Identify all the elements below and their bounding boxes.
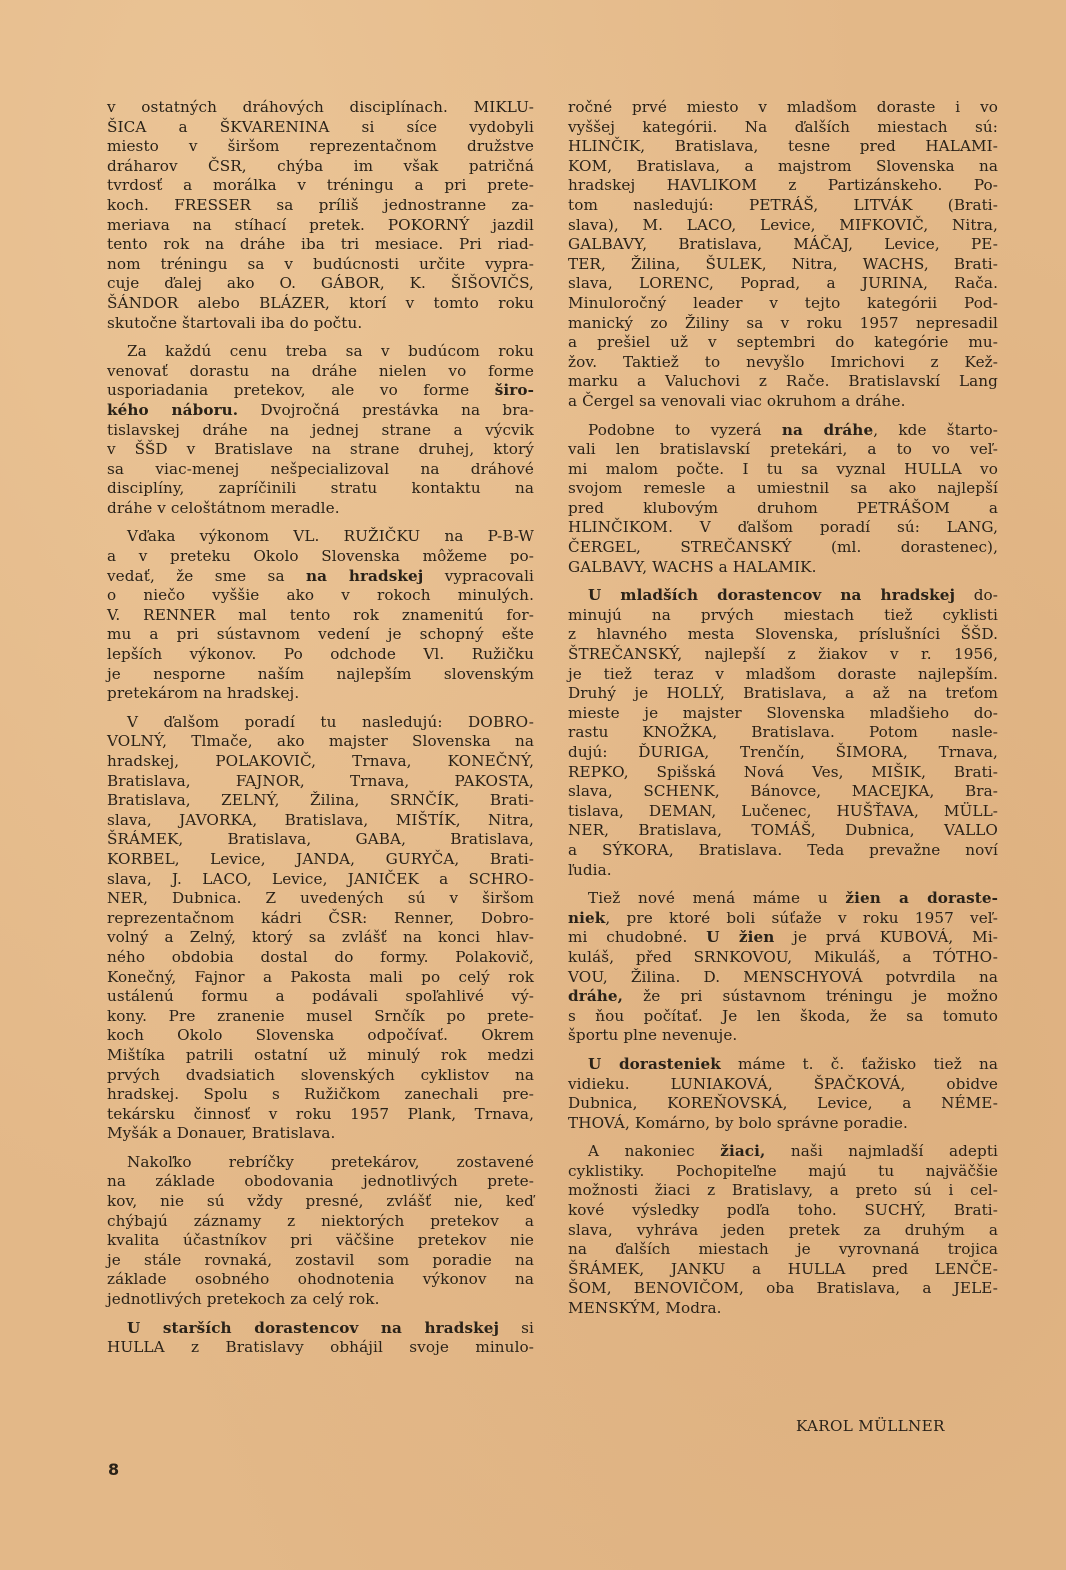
text-line: usporiadania pretekov, ale vo forme širo… <box>107 381 534 401</box>
text-line: Za každú cenu treba sa v budúcom roku <box>107 342 534 362</box>
text-line: v ostatných dráhových disciplínach. MIKL… <box>107 98 534 118</box>
bold-text: U dorasteniek <box>588 1055 721 1073</box>
text-segment: kuláš, před SRNKOVOU, Mikuláš, a TÓTHO- <box>568 948 998 966</box>
text-line: marku a Valuchovi z Rače. Bratislavskí L… <box>568 372 998 392</box>
text-line: ustálenú formu a podávali spoľahlivé vý- <box>107 987 534 1007</box>
text-line: Dubnica, KOREŇOVSKÁ, Levice, a NÉME- <box>568 1094 998 1114</box>
right-column: ročné prvé miesto v mladšom doraste i vo… <box>568 98 998 1319</box>
text-segment: KOM, Bratislava, a majstrom Slovenska na <box>568 157 998 175</box>
text-segment: vali len bratislavskí pretekári, a to vo… <box>568 440 998 458</box>
paragraph-gap <box>107 704 534 713</box>
text-line: je stále rovnaká, zostavil som poradie n… <box>107 1251 534 1271</box>
text-line: mi malom počte. I tu sa vyznal HULLA vo <box>568 460 998 480</box>
text-segment: hradskej HAVLIKOM z Partizánskeho. Po- <box>568 176 998 194</box>
text-segment: s ňou počítať. Je len škoda, že sa tomut… <box>568 1007 998 1025</box>
text-line: rastu KNOŽKA, Bratislava. Potom nasle- <box>568 723 998 743</box>
text-segment: cuje ďalej ako O. GÁBOR, K. ŠIŠOVIČS, <box>107 274 534 292</box>
text-line: MENSKÝM, Modra. <box>568 1299 998 1319</box>
text-segment: vyššej kategórii. Na ďalších miestach sú… <box>568 118 998 136</box>
paragraph: Nakoľko rebríčky pretekárov, zostavenéna… <box>107 1153 534 1310</box>
text-line: miesto v širšom reprezentačnom družstve <box>107 137 534 157</box>
text-line: na ďalších miestach je vyrovnaná trojica <box>568 1240 998 1260</box>
paragraph-gap <box>568 577 998 586</box>
text-line: sa viac-menej nešpecializoval na dráhové <box>107 460 534 480</box>
text-line: a v preteku Okolo Slovenska môžeme po- <box>107 547 534 567</box>
text-segment: miesto v širšom reprezentačnom družstve <box>107 137 534 155</box>
paragraph: v ostatných dráhových disciplínach. MIKL… <box>107 98 534 333</box>
text-line: TER, Žilina, ŠULEK, Nitra, WACHS, Brati- <box>568 255 998 275</box>
text-line: kové výsledky podľa toho. SUCHÝ, Brati- <box>568 1201 998 1221</box>
text-segment: si <box>499 1319 534 1337</box>
text-line: chýbajú záznamy z niektorých pretekov a <box>107 1212 534 1232</box>
text-line: GALBAVY, Bratislava, MÁČAJ, Levice, PE- <box>568 235 998 255</box>
text-line: ŠÁNDOR alebo BLÁZER, ktorí v tomto roku <box>107 294 534 314</box>
author-signature: KAROL MÜLLNER <box>796 1417 945 1435</box>
text-segment: koch Okolo Slovenska odpočívať. Okrem <box>107 1026 534 1044</box>
paragraph: U dorasteniek máme t. č. ťažisko tiež na… <box>568 1055 998 1133</box>
text-line: ŠICA a ŠKVARENINA si síce vydobyli <box>107 118 534 138</box>
text-line: Minuloročný leader v tejto kategórii Pod… <box>568 294 998 314</box>
text-line: a prešiel už v septembri do kategórie mu… <box>568 333 998 353</box>
text-line: Vďaka výkonom VL. RUŽIČKU na P-B-W <box>107 527 534 547</box>
text-segment: GALBAVY, Bratislava, MÁČAJ, Levice, PE- <box>568 235 998 253</box>
text-line: je nesporne naším najlepším slovenským <box>107 665 534 685</box>
text-segment: o niečo vyššie ako v rokoch minulých. <box>107 586 534 604</box>
text-line: GALBAVY, WACHS a HALAMIK. <box>568 558 998 578</box>
text-segment: mu a pri sústavnom vedení je schopný ešt… <box>107 625 534 643</box>
text-line: tekársku činnosť v roku 1957 Plank, Trna… <box>107 1105 534 1125</box>
paragraph-gap <box>107 1310 534 1319</box>
text-segment: vedať, že sme sa <box>107 567 306 585</box>
paragraph-gap <box>107 518 534 527</box>
bold-text: niek <box>568 909 605 927</box>
text-line: HLINČIKOM. V ďalšom poradí sú: LANG, <box>568 518 998 538</box>
text-segment: ného obdobia dostal do formy. Polakovič, <box>107 948 534 966</box>
text-line: slava, JAVORKA, Bratislava, MIŠTÍK, Nitr… <box>107 811 534 831</box>
text-line: pred klubovým druhom PETRÁŠOM a <box>568 499 998 519</box>
paragraph: Tiež nové mená máme u žien a doraste-nie… <box>568 889 998 1046</box>
text-line: V ďalšom poradí tu nasledujú: DOBRO- <box>107 713 534 733</box>
text-segment: manický zo Žiliny sa v roku 1957 nepresa… <box>568 314 998 332</box>
text-line: vidieku. LUNIAKOVÁ, ŠPAČKOVÁ, obidve <box>568 1075 998 1095</box>
text-line: meriava na stíhací pretek. POKORNÝ jazdi… <box>107 216 534 236</box>
text-segment: disciplíny, zapríčinili stratu kontaktu … <box>107 479 534 497</box>
text-line: manický zo Žiliny sa v roku 1957 nepresa… <box>568 314 998 334</box>
text-segment: tislavskej dráhe na jednej strane a výcv… <box>107 421 534 439</box>
text-line: hradskej, POLAKOVIČ, Trnava, KONEČNÝ, <box>107 752 534 772</box>
bold-text: dráhe, <box>568 987 623 1005</box>
text-line: slava, vyhráva jeden pretek za druhým a <box>568 1221 998 1241</box>
text-segment: Za každú cenu treba sa v budúcom roku <box>127 342 534 360</box>
text-segment: ľudia. <box>568 861 612 879</box>
text-line: vali len bratislavskí pretekári, a to vo… <box>568 440 998 460</box>
text-line: dráhe v celoštátnom meradle. <box>107 499 534 519</box>
text-segment: Vďaka výkonom VL. RUŽIČKU na P-B-W <box>127 527 534 545</box>
text-segment: svojom remesle a umiestnil sa ako najlep… <box>568 479 998 497</box>
text-segment: do- <box>955 586 998 604</box>
text-line: ŠOM, BENOVIČOM, oba Bratislava, a JELE- <box>568 1279 998 1299</box>
text-segment: meriava na stíhací pretek. POKORNÝ jazdi… <box>107 216 534 234</box>
text-segment: , pre ktoré boli súťaže v roku 1957 veľ- <box>605 909 998 927</box>
text-segment: tislava, DEMAN, Lučenec, HUŠŤAVA, MÜLL- <box>568 802 998 820</box>
text-line: Konečný, Fajnor a Pakosta mali po celý r… <box>107 968 534 988</box>
text-segment: prvých dvadsiatich slovenských cyklistov… <box>107 1066 534 1084</box>
text-line: minujú na prvých miestach tiež cyklisti <box>568 606 998 626</box>
text-line: nom tréningu sa v budúcnosti určite vypr… <box>107 255 534 275</box>
text-line: mi chudobné. U žien je prvá KUBOVÁ, Mi- <box>568 928 998 948</box>
paragraph: Za každú cenu treba sa v budúcom rokuven… <box>107 342 534 518</box>
text-segment: minujú na prvých miestach tiež cyklisti <box>568 606 998 624</box>
text-line: ľudia. <box>568 861 998 881</box>
text-segment: v ŠŠD v Bratislave na strane druhej, kto… <box>107 440 534 458</box>
text-segment: skutočne štartovali iba do počtu. <box>107 314 362 332</box>
text-segment: slava, SCHENK, Bánovce, MACEJKA, Bra- <box>568 782 998 800</box>
text-segment: mi malom počte. I tu sa vyznal HULLA vo <box>568 460 998 478</box>
text-segment: v ostatných dráhových disciplínach. MIKL… <box>107 98 534 116</box>
text-line: Bratislava, ZELNÝ, Žilina, SRNČÍK, Brati… <box>107 791 534 811</box>
text-segment: NER, Dubnica. Z uvedených sú v širšom <box>107 889 534 907</box>
text-line: slava, J. LACO, Levice, JANIČEK a SCHRO- <box>107 870 534 890</box>
bold-text: U starších dorastencov na hradskej <box>127 1319 499 1337</box>
text-segment: Dvojročná prestávka na bra- <box>238 401 534 419</box>
text-segment: ŠRÁMEK, Bratislava, GABA, Bratislava, <box>107 830 534 848</box>
text-segment: kony. Pre zranenie musel Srnčík po prete… <box>107 1007 534 1025</box>
text-segment: marku a Valuchovi z Rače. Bratislavskí L… <box>568 372 998 390</box>
text-line: kony. Pre zranenie musel Srnčík po prete… <box>107 1007 534 1027</box>
text-line: ŠTREČANSKÝ, najlepší z žiakov v r. 1956, <box>568 645 998 665</box>
bold-text: U žien <box>706 928 774 946</box>
text-segment: THOVÁ, Komárno, by bolo správne poradie. <box>568 1114 908 1132</box>
text-segment: a SÝKORA, Bratislava. Teda prevažne noví <box>568 841 998 859</box>
text-segment: a v preteku Okolo Slovenska môžeme po- <box>107 547 534 565</box>
text-line: a SÝKORA, Bratislava. Teda prevažne noví <box>568 841 998 861</box>
paragraph-gap <box>568 880 998 889</box>
text-segment: slava, JAVORKA, Bratislava, MIŠTÍK, Nitr… <box>107 811 534 829</box>
left-column: v ostatných dráhových disciplínach. MIKL… <box>107 98 534 1358</box>
text-line: hradskej HAVLIKOM z Partizánskeho. Po- <box>568 176 998 196</box>
text-segment: NER, Bratislava, TOMÁŠ, Dubnica, VALLO <box>568 821 998 839</box>
text-segment: Mištíka patrili ostatní už minulý rok me… <box>107 1046 534 1064</box>
magazine-page: v ostatných dráhových disciplínach. MIKL… <box>0 0 1066 1570</box>
text-line: ročné prvé miesto v mladšom doraste i vo <box>568 98 998 118</box>
text-line: kov, nie sú vždy presné, zvlášť nie, keď <box>107 1192 534 1212</box>
text-segment: tom nasledujú: PETRÁŠ, LITVÁK (Brati- <box>568 196 998 214</box>
text-line: ŠRÁMEK, Bratislava, GABA, Bratislava, <box>107 830 534 850</box>
text-segment: vypracovali <box>423 567 534 585</box>
text-segment: hradskej. Spolu s Ružičkom zanechali pre… <box>107 1085 534 1103</box>
text-segment: Konečný, Fajnor a Pakosta mali po celý r… <box>107 968 534 986</box>
paragraph-gap <box>568 1046 998 1055</box>
text-segment: MENSKÝM, Modra. <box>568 1299 722 1317</box>
paragraph: ročné prvé miesto v mladšom doraste i vo… <box>568 98 998 412</box>
text-segment: ŠTREČANSKÝ, najlepší z žiakov v r. 1956, <box>568 645 998 663</box>
text-line: s ňou počítať. Je len škoda, že sa tomut… <box>568 1007 998 1027</box>
text-line: tvrdosť a morálka v tréningu a pri prete… <box>107 176 534 196</box>
text-line: mu a pri sústavnom vedení je schopný ešt… <box>107 625 534 645</box>
text-segment: KORBEL, Levice, JANDA, GURYČA, Brati- <box>107 850 534 868</box>
text-line: Nakoľko rebríčky pretekárov, zostavené <box>107 1153 534 1173</box>
text-line: A nakoniec žiaci, naši najmladší adepti <box>568 1142 998 1162</box>
text-segment: V. RENNER mal tento rok znamenitú for- <box>107 606 534 624</box>
text-segment: kov, nie sú vždy presné, zvlášť nie, keď <box>107 1192 534 1210</box>
text-segment: športu plne nevenuje. <box>568 1026 737 1044</box>
text-line: cyklistiky. Pochopiteľne majú tu najväčš… <box>568 1162 998 1182</box>
text-segment: venovať dorastu na dráhe nielen vo forme <box>107 362 534 380</box>
text-line: z hlavného mesta Slovenska, príslušníci … <box>568 625 998 645</box>
text-line: venovať dorastu na dráhe nielen vo forme <box>107 362 534 382</box>
text-segment: Nakoľko rebríčky pretekárov, zostavené <box>127 1153 534 1171</box>
text-line: U dorasteniek máme t. č. ťažisko tiež na <box>568 1055 998 1075</box>
text-segment: základe osobného ohodnotenia výkonov na <box>107 1270 534 1288</box>
text-segment: kové výsledky podľa toho. SUCHÝ, Brati- <box>568 1201 998 1219</box>
text-line: vyššej kategórii. Na ďalších miestach sú… <box>568 118 998 138</box>
paragraph-gap <box>568 412 998 421</box>
text-segment: z hlavného mesta Slovenska, príslušníci … <box>568 625 998 643</box>
text-line: vedať, že sme sa na hradskej vypracovali <box>107 567 534 587</box>
text-segment: GALBAVY, WACHS a HALAMIK. <box>568 558 817 576</box>
bold-text: širo- <box>495 381 534 399</box>
text-line: športu plne nevenuje. <box>568 1026 998 1046</box>
bold-text: U mladších dorastencov na hradskej <box>588 586 955 604</box>
text-line: žov. Taktiež to nevyšlo Imrichovi z Kež- <box>568 353 998 373</box>
text-line: Mištíka patrili ostatní už minulý rok me… <box>107 1046 534 1066</box>
text-segment: usporiadania pretekov, ale vo forme <box>107 381 495 399</box>
text-line: koch Okolo Slovenska odpočívať. Okrem <box>107 1026 534 1046</box>
paragraph: V ďalšom poradí tu nasledujú: DOBRO-VOLN… <box>107 713 534 1144</box>
text-segment: Druhý je HOLLÝ, Bratislava, a až na treť… <box>568 684 998 702</box>
text-line: lepších výkonov. Po odchode Vl. Ružičku <box>107 645 534 665</box>
text-line: HULLA z Bratislavy obhájil svoje minulo- <box>107 1338 534 1358</box>
bold-text: na hradskej <box>306 567 423 585</box>
text-line: prvých dvadsiatich slovenských cyklistov… <box>107 1066 534 1086</box>
text-line: Druhý je HOLLÝ, Bratislava, a až na treť… <box>568 684 998 704</box>
text-segment: na základe obodovania jednotlivých prete… <box>107 1172 534 1190</box>
text-segment: dujú: ĎURIGA, Trenčín, ŠIMORA, Trnava, <box>568 743 998 761</box>
text-line: tislavskej dráhe na jednej strane a výcv… <box>107 421 534 441</box>
text-line: cuje ďalej ako O. GÁBOR, K. ŠIŠOVIČS, <box>107 274 534 294</box>
text-line: volný a Zelný, ktorý sa zvlášť na konci … <box>107 928 534 948</box>
text-line: o niečo vyššie ako v rokoch minulých. <box>107 586 534 606</box>
text-line: pretekárom na hradskej. <box>107 684 534 704</box>
text-line: KORBEL, Levice, JANDA, GURYČA, Brati- <box>107 850 534 870</box>
text-line: hradskej. Spolu s Ružičkom zanechali pre… <box>107 1085 534 1105</box>
text-segment: REPKO, Spišská Nová Ves, MIŠIK, Brati- <box>568 763 998 781</box>
text-segment: ŠICA a ŠKVARENINA si síce vydobyli <box>107 118 534 136</box>
text-segment: naši najmladší adepti <box>765 1142 998 1160</box>
text-segment: žov. Taktiež to nevyšlo Imrichovi z Kež- <box>568 353 998 371</box>
text-segment: máme t. č. ťažisko tiež na <box>721 1055 998 1073</box>
text-line: svojom remesle a umiestnil sa ako najlep… <box>568 479 998 499</box>
text-line: kého náboru. Dvojročná prestávka na bra- <box>107 401 534 421</box>
text-segment: TER, Žilina, ŠULEK, Nitra, WACHS, Brati- <box>568 255 998 273</box>
text-line: ŠRÁMEK, JANKU a HULLA pred LENČE- <box>568 1260 998 1280</box>
text-segment: mi chudobné. <box>568 928 706 946</box>
text-segment: cyklistiky. Pochopiteľne majú tu najväčš… <box>568 1162 998 1180</box>
text-line: tislava, DEMAN, Lučenec, HUŠŤAVA, MÜLL- <box>568 802 998 822</box>
text-line: v ŠŠD v Bratislave na strane druhej, kto… <box>107 440 534 460</box>
text-segment: ŠOM, BENOVIČOM, oba Bratislava, a JELE- <box>568 1279 998 1297</box>
paragraph-gap <box>568 1133 998 1142</box>
bold-text: žien a doraste- <box>845 889 998 907</box>
text-segment: koch. FRESSER sa príliš jednostranne za- <box>107 196 534 214</box>
text-line: REPKO, Spišská Nová Ves, MIŠIK, Brati- <box>568 763 998 783</box>
text-line: Bratislava, FAJNOR, Trnava, PAKOSTA, <box>107 772 534 792</box>
text-line: je tiež teraz v mladšom doraste najlepší… <box>568 665 998 685</box>
text-line: koch. FRESSER sa príliš jednostranne za- <box>107 196 534 216</box>
text-line: dráhe, že pri sústavnom tréningu je možn… <box>568 987 998 1007</box>
text-line: ného obdobia dostal do formy. Polakovič, <box>107 948 534 968</box>
text-segment: kvalita účastníkov pri väčšine pretekov … <box>107 1231 534 1249</box>
text-segment: Bratislava, FAJNOR, Trnava, PAKOSTA, <box>107 772 534 790</box>
text-line: dujú: ĎURIGA, Trenčín, ŠIMORA, Trnava, <box>568 743 998 763</box>
text-line: U mladších dorastencov na hradskej do- <box>568 586 998 606</box>
text-segment: , kde štarto- <box>873 421 998 439</box>
text-segment: reprezentačnom kádri ČSR: Renner, Dobro- <box>107 909 534 927</box>
text-line: NER, Bratislava, TOMÁŠ, Dubnica, VALLO <box>568 821 998 841</box>
text-segment: HLINČIK, Bratislava, tesne pred HALAMI- <box>568 137 998 155</box>
text-line: V. RENNER mal tento rok znamenitú for- <box>107 606 534 626</box>
text-segment: a prešiel už v septembri do kategórie mu… <box>568 333 998 351</box>
text-segment: VOU, Žilina. D. MENSCHYOVÁ potvrdila na <box>568 968 998 986</box>
text-line: tom nasledujú: PETRÁŠ, LITVÁK (Brati- <box>568 196 998 216</box>
page-number: 8 <box>108 1460 119 1479</box>
text-line: disciplíny, zapríčinili stratu kontaktu … <box>107 479 534 499</box>
text-segment: je prvá KUBOVÁ, Mi- <box>774 928 998 946</box>
text-segment: dráharov ČSR, chýba im však patričná <box>107 157 534 175</box>
text-segment: hradskej, POLAKOVIČ, Trnava, KONEČNÝ, <box>107 752 534 770</box>
text-segment: tekársku činnosť v roku 1957 Plank, Trna… <box>107 1105 534 1123</box>
text-segment: Myšák a Donauer, Bratislava. <box>107 1124 335 1142</box>
text-segment: je tiež teraz v mladšom doraste najlepší… <box>568 665 998 683</box>
text-line: Podobne to vyzerá na dráhe, kde štarto- <box>568 421 998 441</box>
paragraph: U mladších dorastencov na hradskej do-mi… <box>568 586 998 880</box>
text-segment: rastu KNOŽKA, Bratislava. Potom nasle- <box>568 723 998 741</box>
text-line: mieste je majster Slovenska mladšieho do… <box>568 704 998 724</box>
paragraph: Podobne to vyzerá na dráhe, kde štarto-v… <box>568 421 998 578</box>
paragraph-gap <box>107 333 534 342</box>
text-line: ČERGEL, STREČANSKÝ (ml. dorastenec), <box>568 538 998 558</box>
text-segment: VOLNÝ, Tlmače, ako majster Slovenska na <box>107 732 534 750</box>
paragraph: Vďaka výkonom VL. RUŽIČKU na P-B-Wa v pr… <box>107 527 534 703</box>
text-segment: slava, vyhráva jeden pretek za druhým a <box>568 1221 998 1239</box>
text-line: Tiež nové mená máme u žien a doraste- <box>568 889 998 909</box>
text-line: základe osobného ohodnotenia výkonov na <box>107 1270 534 1290</box>
text-segment: ŠRÁMEK, JANKU a HULLA pred LENČE- <box>568 1260 998 1278</box>
text-line: Myšák a Donauer, Bratislava. <box>107 1124 534 1144</box>
text-line: niek, pre ktoré boli súťaže v roku 1957 … <box>568 909 998 929</box>
text-segment: tvrdosť a morálka v tréningu a pri prete… <box>107 176 534 194</box>
text-segment: A nakoniec <box>588 1142 720 1160</box>
text-line: slava, SCHENK, Bánovce, MACEJKA, Bra- <box>568 782 998 802</box>
text-segment: vidieku. LUNIAKOVÁ, ŠPAČKOVÁ, obidve <box>568 1075 998 1093</box>
bold-text: žiaci, <box>720 1142 765 1160</box>
text-segment: Podobne to vyzerá <box>588 421 782 439</box>
text-segment: Dubnica, KOREŇOVSKÁ, Levice, a NÉME- <box>568 1094 998 1112</box>
text-line: KOM, Bratislava, a majstrom Slovenska na <box>568 157 998 177</box>
text-segment: nom tréningu sa v budúcnosti určite vypr… <box>107 255 534 273</box>
text-segment: V ďalšom poradí tu nasledujú: DOBRO- <box>127 713 534 731</box>
text-segment: slava), M. LACO, Levice, MIFKOVIČ, Nitra… <box>568 216 998 234</box>
text-segment: HULLA z Bratislavy obhájil svoje minulo- <box>107 1338 534 1356</box>
text-line: slava, LORENC, Poprad, a JURINA, Rača. <box>568 274 998 294</box>
text-segment: mieste je majster Slovenska mladšieho do… <box>568 704 998 722</box>
text-segment: lepších výkonov. Po odchode Vl. Ružičku <box>107 645 534 663</box>
text-line: slava), M. LACO, Levice, MIFKOVIČ, Nitra… <box>568 216 998 236</box>
text-segment: chýbajú záznamy z niektorých pretekov a <box>107 1212 534 1230</box>
text-segment: a Čergel sa venovali viac okruhom a dráh… <box>568 392 906 410</box>
text-segment: na ďalších miestach je vyrovnaná trojica <box>568 1240 998 1258</box>
text-segment: je stále rovnaká, zostavil som poradie n… <box>107 1251 534 1269</box>
bold-text: na dráhe <box>782 421 873 439</box>
text-segment: je nesporne naším najlepším slovenským <box>107 665 534 683</box>
text-segment: možnosti žiaci z Bratislavy, a preto sú … <box>568 1181 998 1199</box>
text-line: a Čergel sa venovali viac okruhom a dráh… <box>568 392 998 412</box>
paragraph: A nakoniec žiaci, naši najmladší adeptic… <box>568 1142 998 1318</box>
text-line: tento rok na dráhe iba tri mesiace. Pri … <box>107 235 534 255</box>
text-line: HLINČIK, Bratislava, tesne pred HALAMI- <box>568 137 998 157</box>
text-line: kvalita účastníkov pri väčšine pretekov … <box>107 1231 534 1251</box>
text-line: na základe obodovania jednotlivých prete… <box>107 1172 534 1192</box>
text-segment: Minuloročný leader v tejto kategórii Pod… <box>568 294 998 312</box>
text-segment: slava, J. LACO, Levice, JANIČEK a SCHRO- <box>107 870 534 888</box>
text-line: THOVÁ, Komárno, by bolo správne poradie. <box>568 1114 998 1134</box>
text-segment: jednotlivých pretekoch za celý rok. <box>107 1290 380 1308</box>
paragraph: U starších dorastencov na hradskej siHUL… <box>107 1319 534 1358</box>
text-line: U starších dorastencov na hradskej si <box>107 1319 534 1339</box>
text-segment: ŠÁNDOR alebo BLÁZER, ktorí v tomto roku <box>107 294 534 312</box>
text-segment: pred klubovým druhom PETRÁŠOM a <box>568 499 998 517</box>
text-segment: ČERGEL, STREČANSKÝ (ml. dorastenec), <box>568 538 998 556</box>
text-line: jednotlivých pretekoch za celý rok. <box>107 1290 534 1310</box>
text-segment: ročné prvé miesto v mladšom doraste i vo <box>568 98 998 116</box>
bold-text: kého náboru. <box>107 401 238 419</box>
text-line: skutočne štartovali iba do počtu. <box>107 314 534 334</box>
text-line: kuláš, před SRNKOVOU, Mikuláš, a TÓTHO- <box>568 948 998 968</box>
text-line: NER, Dubnica. Z uvedených sú v širšom <box>107 889 534 909</box>
text-line: reprezentačnom kádri ČSR: Renner, Dobro- <box>107 909 534 929</box>
text-line: VOU, Žilina. D. MENSCHYOVÁ potvrdila na <box>568 968 998 988</box>
text-line: VOLNÝ, Tlmače, ako majster Slovenska na <box>107 732 534 752</box>
text-segment: volný a Zelný, ktorý sa zvlášť na konci … <box>107 928 534 946</box>
text-segment: ustálenú formu a podávali spoľahlivé vý- <box>107 987 534 1005</box>
text-line: dráharov ČSR, chýba im však patričná <box>107 157 534 177</box>
text-segment: HLINČIKOM. V ďalšom poradí sú: LANG, <box>568 518 998 536</box>
text-segment: tento rok na dráhe iba tri mesiace. Pri … <box>107 235 534 253</box>
text-segment: slava, LORENC, Poprad, a JURINA, Rača. <box>568 274 998 292</box>
text-segment: Tiež nové mená máme u <box>588 889 845 907</box>
text-segment: Bratislava, ZELNÝ, Žilina, SRNČÍK, Brati… <box>107 791 534 809</box>
text-segment: dráhe v celoštátnom meradle. <box>107 499 340 517</box>
text-line: možnosti žiaci z Bratislavy, a preto sú … <box>568 1181 998 1201</box>
text-segment: sa viac-menej nešpecializoval na dráhové <box>107 460 534 478</box>
text-segment: že pri sústavnom tréningu je možno <box>623 987 998 1005</box>
text-segment: pretekárom na hradskej. <box>107 684 299 702</box>
paragraph-gap <box>107 1144 534 1153</box>
